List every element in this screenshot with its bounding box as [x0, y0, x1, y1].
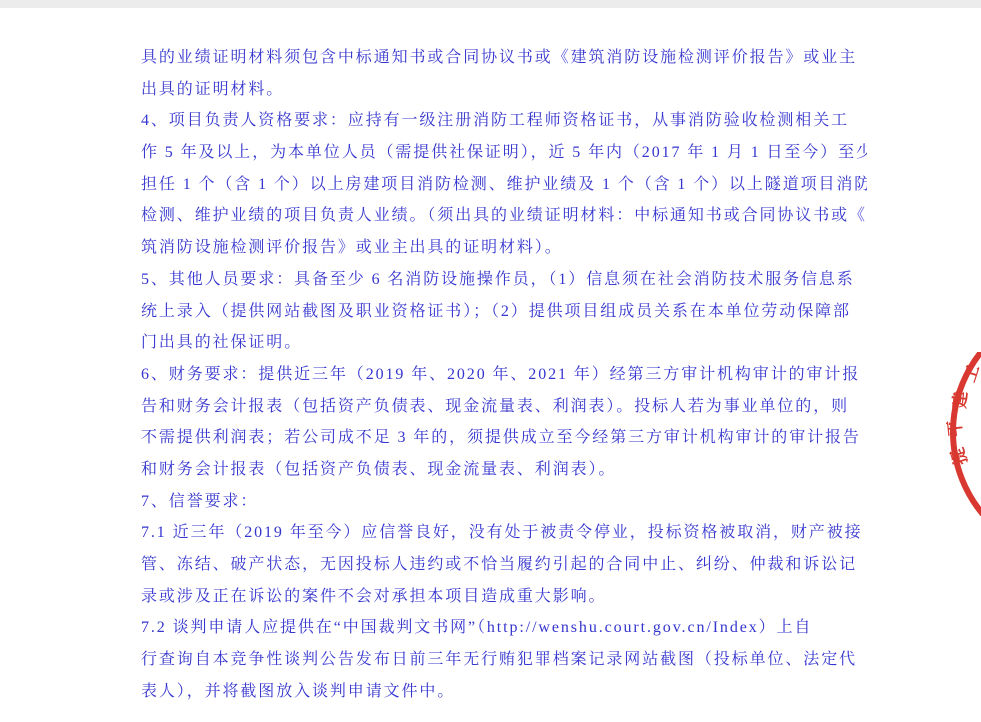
text-line: 7.2 谈判申请人应提供在“中国裁判文书网”（http://wenshu.cou…: [141, 612, 867, 644]
text-line: 管、冻结、破产状态，无因投标人违约或不恰当履约引起的合同中止、纠纷、仲裁和诉讼记: [141, 549, 867, 581]
text-line: 5、其他人员要求：具备至少 6 名消防设施操作员，（1）信息须在社会消防技术服务…: [141, 264, 867, 296]
seal-character: 建: [949, 390, 971, 409]
text-line: 7.1 近三年（2019 年至今）应信誉良好，没有处于被责令停业，投标资格被取消…: [141, 517, 867, 549]
seal-character: 提: [947, 445, 971, 467]
text-line: 出具的证明材料。: [141, 74, 867, 106]
seal-ring: [953, 352, 981, 516]
text-line: 表人），并将截图放入谈判申请文件中。: [141, 676, 867, 708]
text-line: 和财务会计报表（包括资产负债表、现金流量表、利润表）。: [141, 454, 867, 486]
official-seal-stamp: 工 建 平 提: [933, 352, 981, 516]
text-line: 7、信誉要求：: [141, 486, 867, 518]
document-page: 具的业绩证明材料须包含中标通知书或合同协议书或《建筑消防设施检测评价报告》或业主…: [0, 0, 981, 722]
text-line: 行查询自本竞争性谈判公告发布日前三年无行贿犯罪档案记录网站截图（投标单位、法定代: [141, 644, 867, 676]
seal-graphic: 工 建 平 提: [933, 352, 981, 516]
text-line: 门出具的社保证明。: [141, 327, 867, 359]
text-line: 4、项目负责人资格要求：应持有一级注册消防工程师资格证书，从事消防验收检测相关工: [141, 105, 867, 137]
text-line: 具的业绩证明材料须包含中标通知书或合同协议书或《建筑消防设施检测评价报告》或业主: [141, 42, 867, 74]
seal-character: 工: [960, 362, 981, 384]
text-line: 不需提供利润表；若公司成不足 3 年的，须提供成立至今经第三方审计机构审计的审计…: [141, 422, 867, 454]
text-line: 检测、维护业绩的项目负责人业绩。（须出具的业绩证明材料：中标通知书或合同协议书或…: [141, 200, 867, 232]
text-line: 告和财务会计报表（包括资产负债表、现金流量表、利润表）。投标人若为事业单位的，则: [141, 391, 867, 423]
seal-character: 平: [944, 419, 966, 438]
document-text-block: 具的业绩证明材料须包含中标通知书或合同协议书或《建筑消防设施检测评价报告》或业主…: [141, 42, 867, 707]
text-line: 统上录入（提供网站截图及职业资格证书）；（2）提供项目组成员关系在本单位劳动保障…: [141, 296, 867, 328]
text-line: 筑消防设施检测评价报告》或业主出具的证明材料）。: [141, 232, 867, 264]
text-line: 6、财务要求：提供近三年（2019 年、2020 年、2021 年）经第三方审计…: [141, 359, 867, 391]
text-line: 担任 1 个（含 1 个）以上房建项目消防检测、维护业绩及 1 个（含 1 个）…: [141, 169, 867, 201]
page-top-edge: [0, 0, 981, 8]
text-line: 作 5 年及以上，为本单位人员（需提供社保证明），近 5 年内（2017 年 1…: [141, 137, 867, 169]
text-line: 录或涉及正在诉讼的案件不会对承担本项目造成重大影响。: [141, 581, 867, 613]
